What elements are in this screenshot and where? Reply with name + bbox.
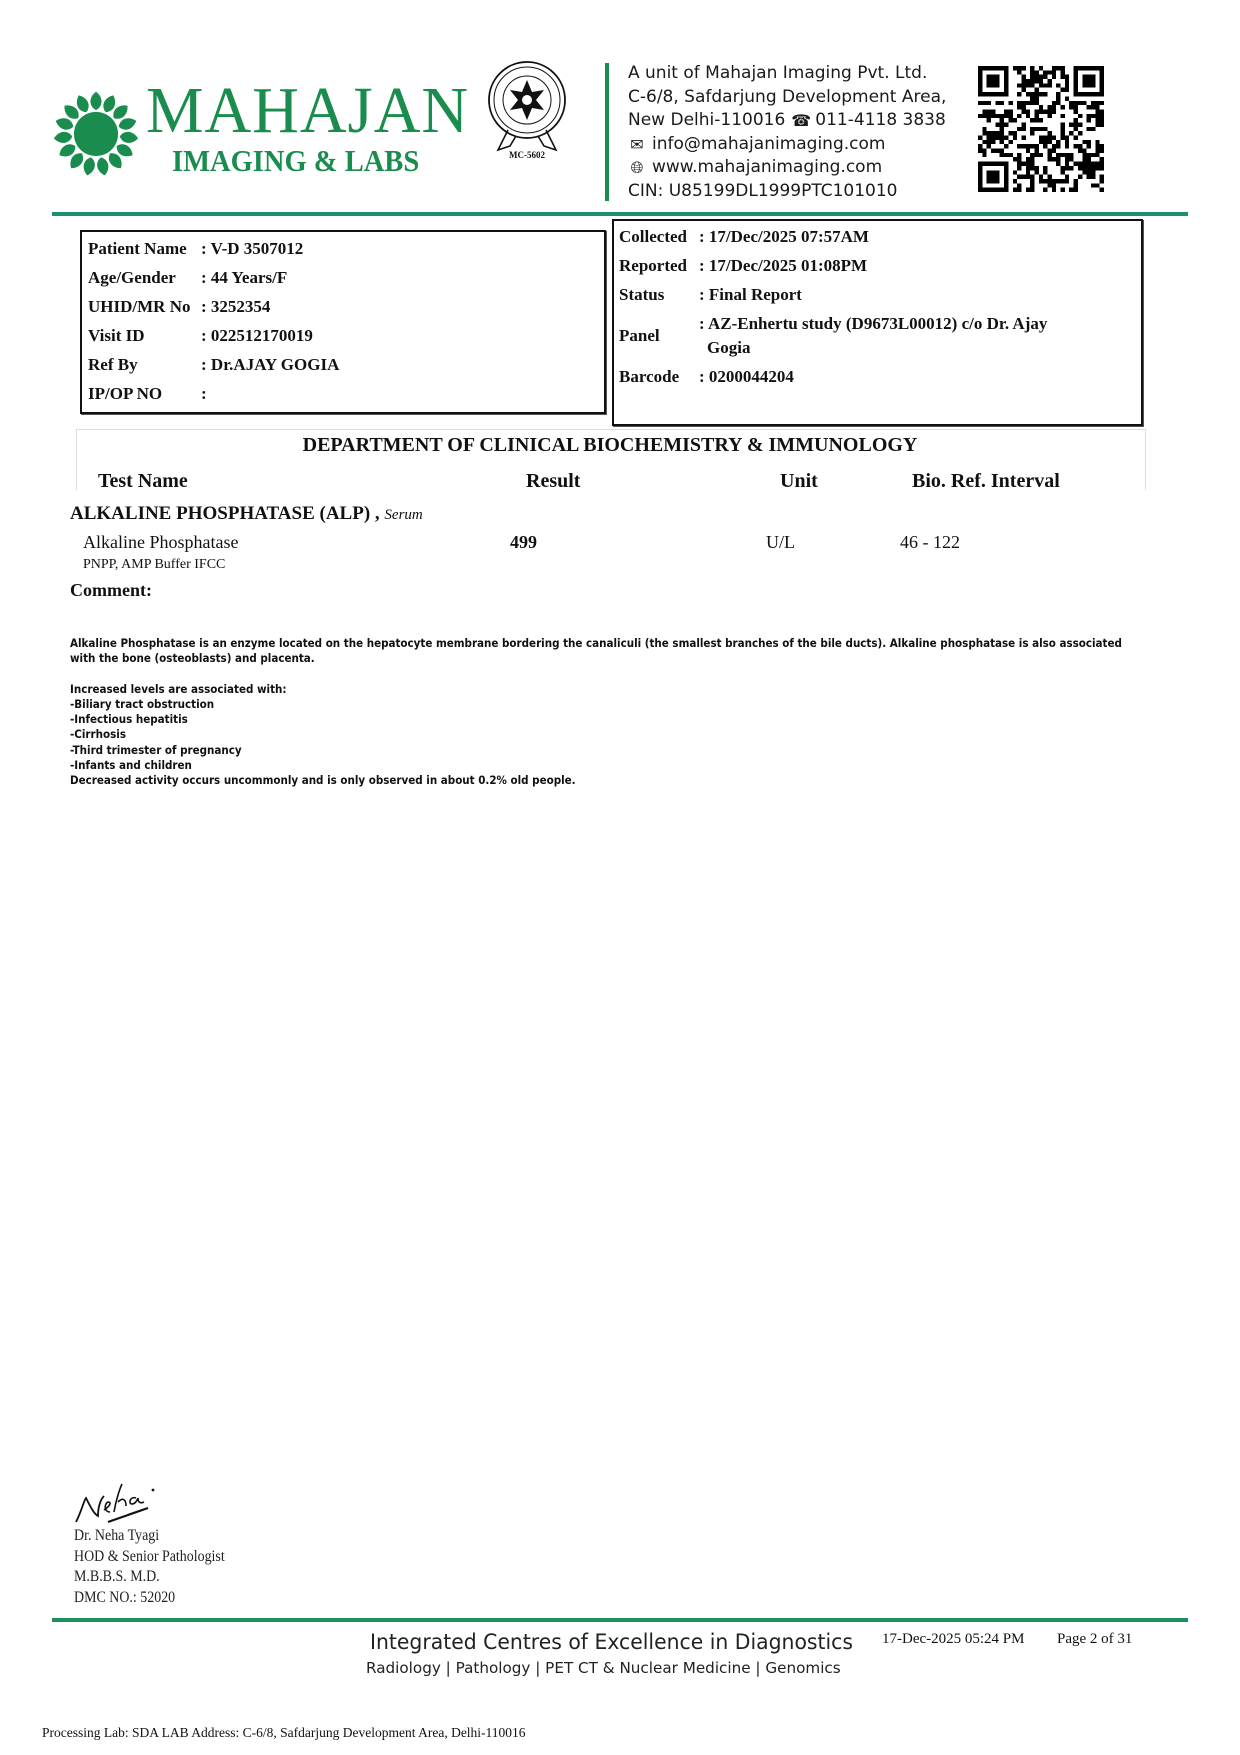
increased-item: -Infectious hepatitis (70, 712, 1150, 727)
signatory-block: Dr. Neha Tyagi HOD & Senior Pathologist … (74, 1526, 225, 1608)
website-link[interactable]: www.mahajanimaging.com (652, 156, 882, 180)
email-line: ✉ info@mahajanimaging.com (628, 133, 946, 157)
comment-body: Alkaline Phosphatase is an enzyme locate… (70, 636, 1150, 789)
print-timestamp: 17-Dec-2025 05:24 PM (882, 1631, 1025, 1648)
page-indicator: Page 2 of 31 (1057, 1631, 1132, 1648)
specimen-type: Serum (384, 507, 422, 523)
uhid-value: : 3252354 (201, 297, 270, 317)
status-value: : Final Report (699, 285, 802, 305)
ip-op-value: : (201, 384, 207, 404)
increased-item: -Infants and children (70, 758, 1150, 773)
comment-label: Comment: (70, 580, 152, 601)
contact-block: A unit of Mahajan Imaging Pvt. Ltd. C-6/… (628, 62, 946, 203)
accreditation-code: MC-5602 (486, 150, 568, 160)
increased-item: -Biliary tract obstruction (70, 697, 1150, 712)
test-row-result: 499 (510, 532, 537, 553)
column-header-result: Result (526, 470, 580, 493)
test-group-title: ALKALINE PHOSPHATASE (ALP) , Serum (70, 503, 423, 525)
signatory-name: Dr. Neha Tyagi (74, 1526, 225, 1547)
brand-name: MAHAJAN (146, 78, 469, 144)
telephone-icon: ☎ (791, 109, 809, 133)
cin-line: CIN: U85199DL1999PTC101010 (628, 180, 946, 204)
barcode-value: : 0200044204 (699, 367, 794, 387)
header-rule (52, 212, 1188, 216)
address-line: C-6/8, Safdarjung Development Area, (628, 86, 946, 110)
test-row-unit: U/L (766, 532, 795, 553)
signatory-qualifications: M.B.B.S. M.D. (74, 1567, 225, 1588)
email-link[interactable]: info@mahajanimaging.com (652, 133, 885, 157)
reported-value: : 17/Dec/2025 01:08PM (699, 256, 867, 276)
increased-item: -Cirrhosis (70, 727, 1150, 742)
sun-logo-icon (50, 88, 142, 180)
decreased-note: Decreased activity occurs uncommonly and… (70, 773, 1150, 788)
phone-number: 011-4118 3838 (815, 109, 946, 133)
footer-tagline: Integrated Centres of Excellence in Diag… (370, 1630, 853, 1654)
signatory-title: HOD & Senior Pathologist (74, 1547, 225, 1568)
column-header-unit: Unit (780, 470, 818, 493)
increased-heading: Increased levels are associated with: (70, 682, 1150, 697)
test-row-name: Alkaline Phosphatase (83, 532, 238, 553)
department-title: DEPARTMENT OF CLINICAL BIOCHEMISTRY & IM… (60, 434, 1160, 457)
footer-services: Radiology | Pathology | PET CT & Nuclear… (366, 1659, 841, 1677)
visit-id-value: : 022512170019 (201, 326, 313, 346)
column-header-test-name: Test Name (98, 470, 188, 493)
increased-item: -Third trimester of pregnancy (70, 743, 1150, 758)
age-gender-value: : 44 Years/F (201, 268, 287, 288)
test-row-method: PNPP, AMP Buffer IFCC (83, 557, 225, 573)
patient-name-value: : V-D 3507012 (201, 239, 303, 259)
qr-code-icon[interactable] (978, 66, 1104, 192)
comment-intro: Alkaline Phosphatase is an enzyme locate… (70, 636, 1150, 667)
processing-lab-address: Processing Lab: SDA LAB Address: C-6/8, … (42, 1725, 526, 1741)
website-line: 🌐︎ www.mahajanimaging.com (628, 156, 946, 180)
signature-icon (68, 1470, 168, 1530)
city-phone-line: New Delhi-110016 ☎ 011-4118 3838 (628, 109, 946, 133)
ref-by-value: : Dr.AJAY GOGIA (201, 355, 339, 375)
collected-value: : 17/Dec/2025 07:57AM (699, 227, 869, 247)
globe-icon: 🌐︎ (628, 156, 646, 180)
footer-rule (52, 1618, 1188, 1622)
header-divider (605, 63, 609, 201)
signatory-registration: DMC NO.: 52020 (74, 1588, 225, 1609)
brand-subtitle: IMAGING & LABS (172, 145, 419, 176)
unit-line: A unit of Mahajan Imaging Pvt. Ltd. (628, 62, 946, 86)
report-info-box: Collected : 17/Dec/2025 07:57AM Reported… (612, 219, 1143, 426)
patient-info-box: Patient Name : V-D 3507012 Age/Gender : … (80, 230, 606, 414)
test-row-ref-interval: 46 - 122 (900, 532, 960, 553)
envelope-icon: ✉ (628, 133, 646, 157)
column-header-ref-interval: Bio. Ref. Interval (912, 470, 1060, 493)
